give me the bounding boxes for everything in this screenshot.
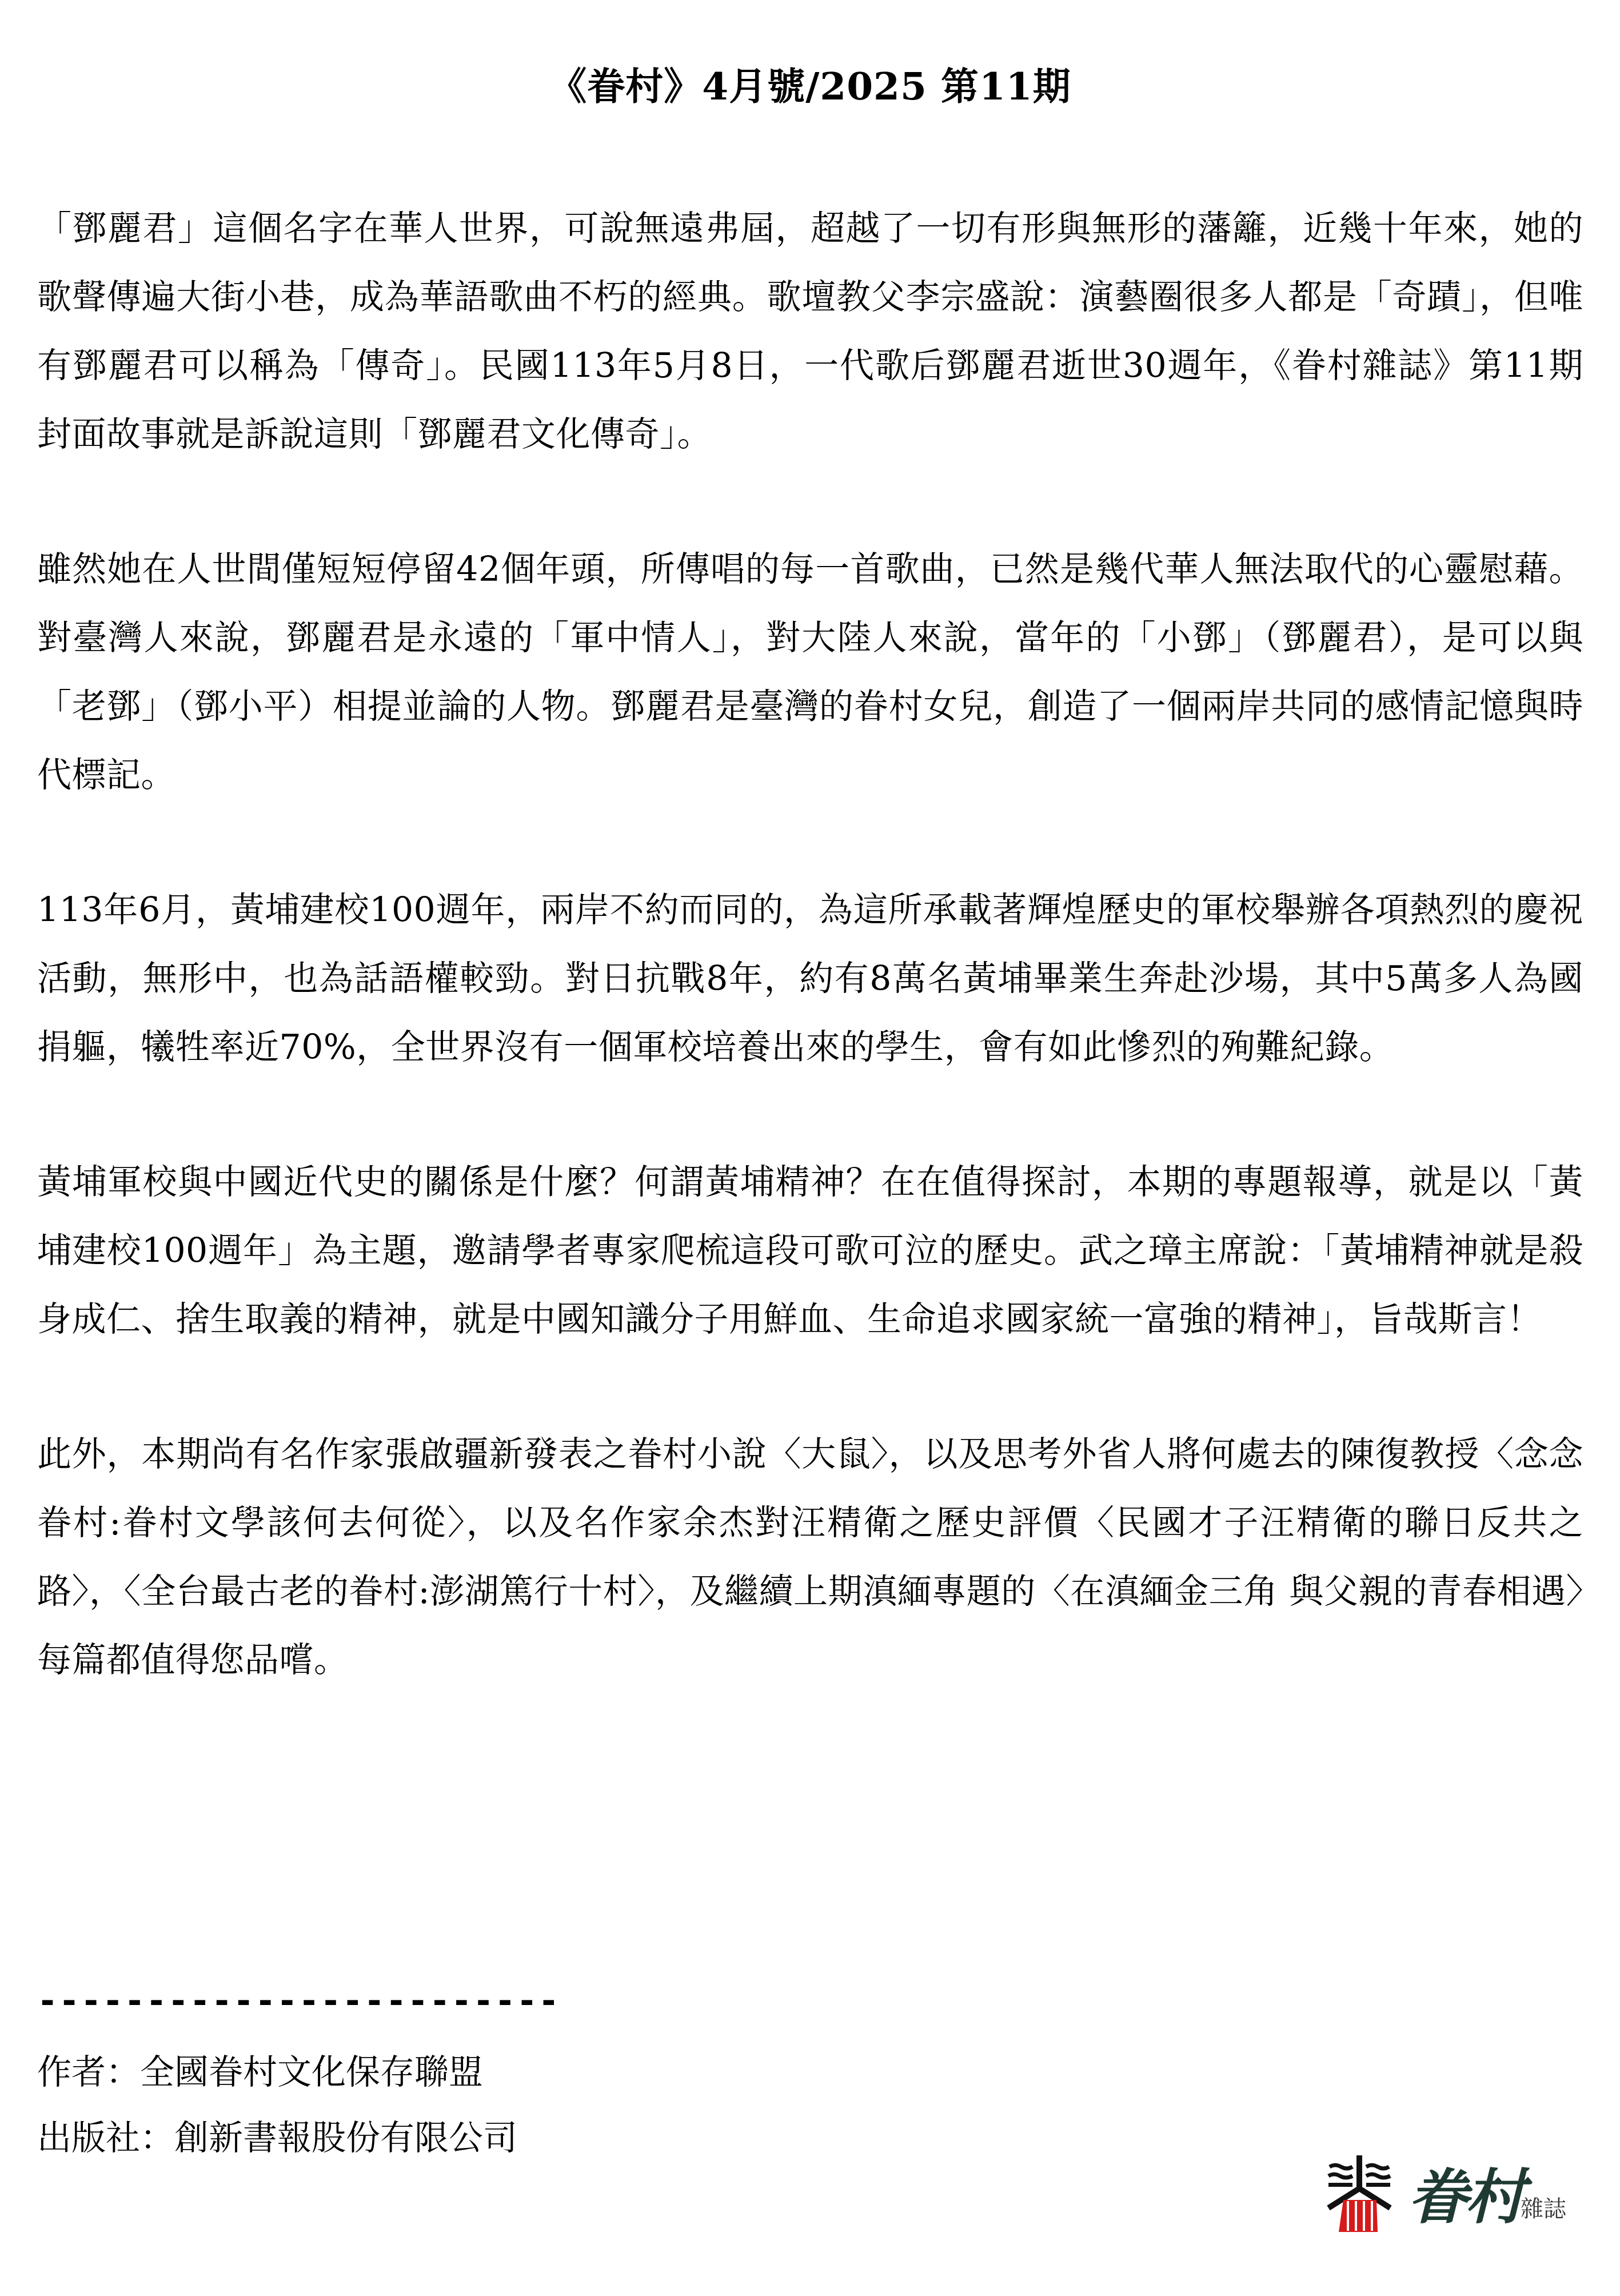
credits: -------------------------- 作者：全國眷村文化保存聯盟… (37, 1978, 723, 2171)
divider-line: -------------------------- (37, 1978, 554, 2024)
magazine-logo: 眷村 雜誌 (1325, 2155, 1577, 2253)
author-label: 作者： (37, 2052, 140, 2092)
juancun-roof-logo-icon (1325, 2155, 1394, 2235)
paragraph-cross-strait-memory: 雖然她在人世間僅短短停留42個年頭，所傳唱的每一首歌曲，已然是幾代華人無法取代的… (37, 535, 1583, 810)
logo-wordmark: 眷村 (1408, 2166, 1522, 2229)
publisher-label: 出版社： (37, 2118, 174, 2158)
logo-subtitle: 雜誌 (1521, 2195, 1566, 2223)
paragraph-whampoa-spirit: 黃埔軍校與中國近代史的關係是什麼？何謂黃埔精神？在在值得探討，本期的專題報導，就… (37, 1148, 1583, 1354)
paragraph-whampoa-centennial: 113年6月，黃埔建校100週年，兩岸不約而同的，為這所承載著輝煌歷史的軍校舉辦… (37, 876, 1583, 1082)
author-name: 全國眷村文化保存聯盟 (140, 2052, 483, 2092)
publisher-credit: 出版社：創新書報股份有限公司 (37, 2106, 723, 2171)
paragraph-issue-contents: 此外，本期尚有名作家張啟疆新發表之眷村小說〈大鼠〉，以及思考外省人將何處去的陳復… (37, 1420, 1583, 1695)
page-title: 《眷村》4月號/2025 第11期 (0, 64, 1620, 109)
author-credit: 作者：全國眷村文化保存聯盟 (37, 2040, 723, 2106)
article-body: 「鄧麗君」這個名字在華人世界，可說無遠弗屆，超越了一切有形與無形的藩籬，近幾十年… (37, 194, 1583, 1761)
publisher-name: 創新書報股份有限公司 (174, 2118, 517, 2158)
paragraph-teresa-teng: 「鄧麗君」這個名字在華人世界，可說無遠弗屆，超越了一切有形與無形的藩籬，近幾十年… (37, 194, 1583, 469)
